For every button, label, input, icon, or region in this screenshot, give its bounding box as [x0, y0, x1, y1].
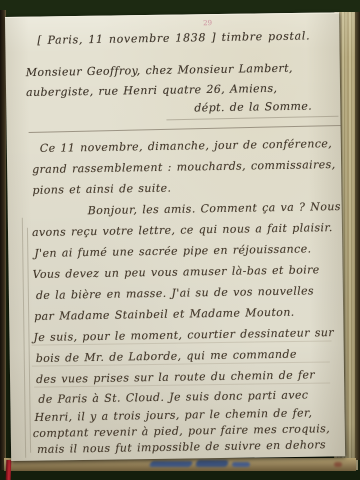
ink-smudge: [232, 462, 250, 467]
ribbon-bookmark: [6, 460, 12, 480]
dateline: [ Paris, 11 novembre 1838 ] timbre posta…: [37, 29, 310, 48]
body-line: de Paris à St. Cloud. Je suis donc parti…: [38, 388, 308, 406]
body-line: Bonjour, les amis. Comment ça va ? Nous: [88, 200, 341, 218]
address-line: dépt. de la Somme.: [194, 100, 312, 116]
body-line: Vous devez un peu vous amuser là-bas et …: [32, 263, 319, 282]
body-line: J'en ai fumé une sacrée pipe en réjouiss…: [34, 242, 311, 261]
body-line: Je suis, pour le moment, courtier dessin…: [33, 326, 334, 345]
ink-smudge: [195, 460, 228, 467]
body-line: Ce 11 novembre, dimanche, jour de confér…: [40, 137, 333, 156]
page-number-marker: 29: [203, 19, 212, 27]
body-line: par Madame Stainbeil et Madame Mouton.: [34, 306, 295, 324]
address-line: aubergiste, rue Henri quatre 26, Amiens,: [26, 82, 278, 100]
body-line: grand rassemblement : mouchards, commiss…: [32, 158, 336, 177]
margin-rule: [22, 218, 26, 458]
section-divider: [166, 116, 338, 121]
body-line: mais il nous fut impossible de suivre en…: [37, 438, 326, 457]
body-line: pions et ainsi de suite.: [32, 182, 171, 198]
body-line: avons reçu votre lettre, ce qui nous a f…: [32, 221, 333, 240]
margin-rule: [27, 228, 31, 453]
letter-page: 29 [ Paris, 11 novembre 1838 ] timbre po…: [5, 12, 345, 461]
book-cover-edge: [355, 12, 360, 460]
scanned-album-page: 29 [ Paris, 11 novembre 1838 ] timbre po…: [0, 0, 360, 480]
section-divider: [29, 125, 341, 133]
ink-smudge: [149, 461, 193, 467]
ink-smudge: [334, 462, 342, 467]
body-line: de la bière en masse. J'ai su de vos nou…: [36, 284, 314, 303]
address-line: Monsieur Geoffroy, chez Monsieur Lambert…: [26, 62, 293, 80]
